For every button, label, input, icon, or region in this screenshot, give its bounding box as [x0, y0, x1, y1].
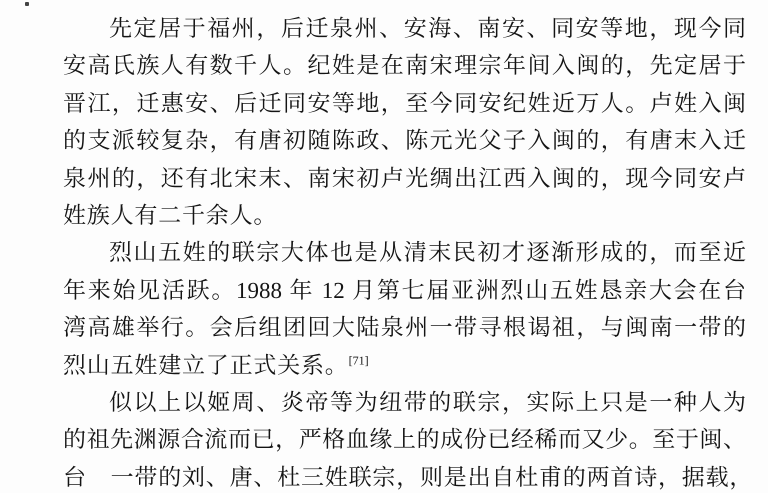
scan-speck-artifact: [25, 2, 29, 6]
text-line-content: 年来始见活跃。1988 年 12 月第七届亚洲烈山五姓恳亲大会在台: [63, 278, 746, 303]
text-line: 泉州的，还有北宋末、南宋初卢光绸出江西入闽的，现今同安卢: [63, 160, 746, 197]
text-line-content: 台 一带的刘、唐、杜三姓联宗，则是出自杜甫的两首诗，据载，: [63, 465, 753, 490]
text-line: 年来始见活跃。1988 年 12 月第七届亚洲烈山五姓恳亲大会在台: [63, 272, 746, 309]
text-line: 的祖先渊源合流而已，严格血缘上的成份已经稀而又少。至于闽、: [63, 421, 746, 458]
text-line-content: 的祖先渊源合流而已，严格血缘上的成份已经稀而又少。至于闽、: [63, 427, 746, 452]
text-line-content: 姓族人有二千余人。: [63, 203, 277, 228]
body-text-block: 先定居于福州，后迁泉州、安海、南安、同安等地，现今同 安高氏族人有数千人。纪姓是…: [63, 10, 746, 493]
footnote-marker: [71]: [349, 353, 369, 367]
text-line-content: 烈山五姓建立了正式关系。: [63, 353, 349, 378]
text-line: 晋江，迁惠安、后迁同安等地，至今同安纪姓近万人。卢姓入闽: [63, 85, 746, 122]
text-line: 先定居于福州，后迁泉州、安海、南安、同安等地，现今同: [63, 10, 746, 47]
text-line-content: 湾高雄举行。会后组团回大陆泉州一带寻根谒祖，与闽南一带的: [63, 315, 746, 340]
text-line: 姓族人有二千余人。: [63, 197, 746, 234]
text-line: 的支派较复杂，有唐初随陈政、陈元光父子入闽的，有唐末入迁: [63, 122, 746, 159]
text-line-content: 似以上以姬周、炎帝等为纽带的联宗，实际上只是一种人为: [109, 390, 746, 415]
text-line-content: 安高氏族人有数千人。纪姓是在南宋理宗年间入闽的，先定居于: [63, 53, 746, 78]
text-line: 烈山五姓建立了正式关系。[71]: [63, 347, 746, 384]
text-line: 湾高雄举行。会后组团回大陆泉州一带寻根谒祖，与闽南一带的: [63, 309, 746, 346]
text-line: 安高氏族人有数千人。纪姓是在南宋理宗年间入闽的，先定居于: [63, 47, 746, 84]
text-line-content: 的支派较复杂，有唐初随陈政、陈元光父子入闽的，有唐末入迁: [63, 128, 746, 153]
text-line-content: 晋江，迁惠安、后迁同安等地，至今同安纪姓近万人。卢姓入闽: [63, 91, 746, 116]
text-line: 似以上以姬周、炎帝等为纽带的联宗，实际上只是一种人为: [63, 384, 746, 421]
text-line-content: 先定居于福州，后迁泉州、安海、南安、同安等地，现今同: [109, 16, 746, 41]
text-line: 台 一带的刘、唐、杜三姓联宗，则是出自杜甫的两首诗，据载，: [63, 459, 746, 493]
text-line: 烈山五姓的联宗大体也是从清末民初才逐渐形成的，而至近: [63, 234, 746, 271]
text-line-content: 烈山五姓的联宗大体也是从清末民初才逐渐形成的，而至近: [109, 240, 746, 265]
text-line-content: 泉州的，还有北宋末、南宋初卢光绸出江西入闽的，现今同安卢: [63, 166, 746, 191]
scanned-book-page: 先定居于福州，后迁泉州、安海、南安、同安等地，现今同 安高氏族人有数千人。纪姓是…: [0, 0, 768, 493]
